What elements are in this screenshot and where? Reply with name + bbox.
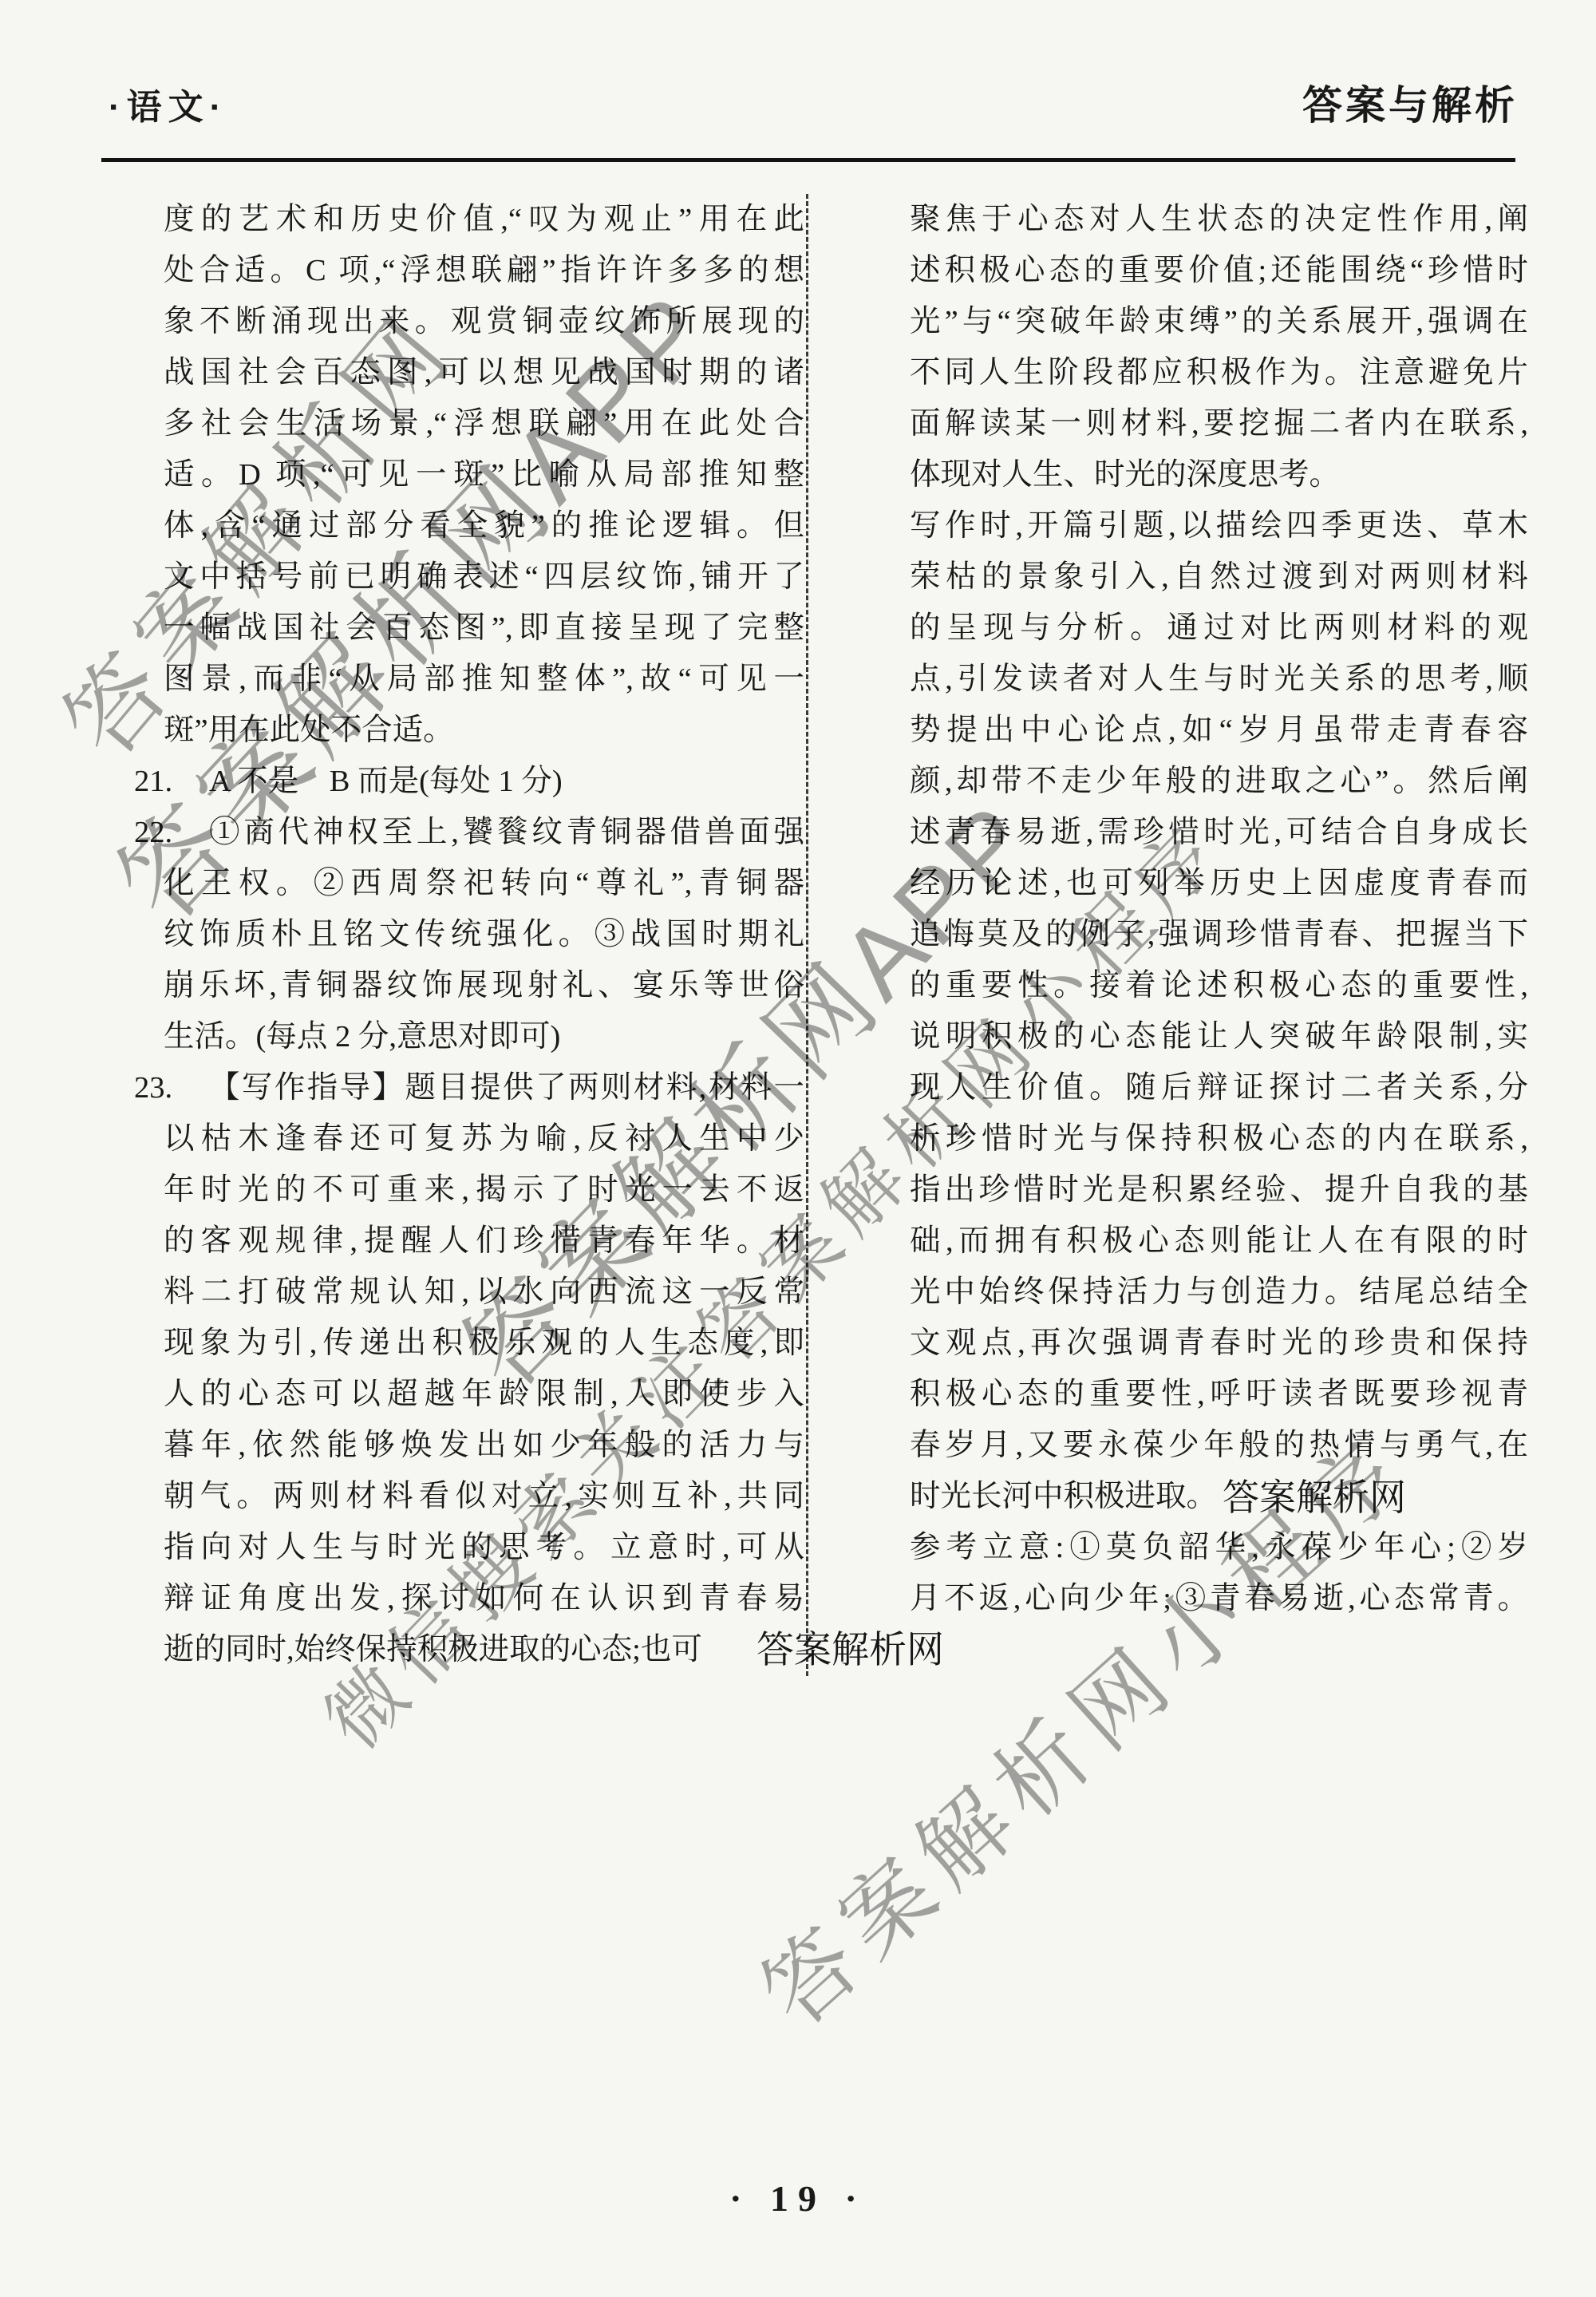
item-text: ①商代神权至上,饕餮纹青铜器借兽面强 — [209, 807, 804, 858]
text-line: 积极心态的重要性,呼吁读者既要珍视青 — [910, 1369, 1528, 1420]
text-line: 人的心态可以超越年龄限制,人即使步入 — [164, 1369, 804, 1420]
text-line: 述积极心态的重要价值;还能围绕“珍惜时 — [910, 245, 1528, 296]
header-rule — [101, 158, 1515, 162]
text-line: 指出珍惜时光是积累经验、提升自我的基 — [910, 1164, 1528, 1216]
watermark-inline: 答案解析网 — [1223, 1469, 1406, 1521]
text-line: 象不断涌现出来。观赏铜壶纹饰所展现的 — [164, 296, 804, 347]
text-line: 析珍惜时光与保持积极心态的内在联系, — [910, 1113, 1528, 1164]
text-line: 体现对人生、时光的深度思考。 — [910, 449, 1528, 500]
item-text: 【写作指导】题目提供了两则材料,材料一 — [209, 1062, 804, 1113]
text-line: 年时光的不可重来,揭示了时光一去不返 — [164, 1164, 804, 1216]
text-line: 的呈现与分析。通过对比两则材料的观 — [910, 603, 1528, 654]
text-line: 春岁月,又要永葆少年般的热情与勇气,在 — [910, 1420, 1528, 1471]
text-line: 指向对人生与时光的思考。立意时,可从 — [164, 1522, 804, 1573]
text-line: 体,含“通过部分看全貌”的推论逻辑。但 — [164, 500, 804, 552]
text-line: 适。D 项,“可见一斑”比喻从局部推知整 — [164, 449, 804, 500]
text-line: 朝气。两则材料看似对立,实则互补,共同 — [164, 1471, 804, 1522]
text-line: 光”与“突破年龄束缚”的关系展开,强调在 — [910, 296, 1528, 347]
text-line: 不同人生阶段都应积极作为。注意避免片 — [910, 347, 1528, 398]
text-line: 势提出中心论点,如“岁月虽带走青春容 — [910, 705, 1528, 756]
scanned-answer-page: ·语文· 答案与解析 度的艺术和历史价值,“叹为观止”用在此处合适。C 项,“浮… — [0, 0, 1596, 2297]
text-line: 多社会生活场景,“浮想联翩”用在此处合 — [164, 398, 804, 449]
column-left: 度的艺术和历史价值,“叹为观止”用在此处合适。C 项,“浮想联翩”指许许多多的想… — [134, 194, 804, 1675]
column-right: 聚焦于心态对人生状态的决定性作用,阐述积极心态的重要价值;还能围绕“珍惜时光”与… — [910, 194, 1528, 1624]
text-line: 崩乐坏,青铜器纹饰展现射礼、宴乐等世俗 — [164, 960, 804, 1011]
text-line: 文观点,再次强调青春时光的珍贵和保持 — [910, 1318, 1528, 1369]
section-title: 答案与解析 — [1302, 73, 1518, 131]
text-line: 的重要性。接着论述积极心态的重要性, — [910, 960, 1528, 1011]
text-line: 点,引发读者对人生与时光关系的思考,顺 — [910, 654, 1528, 705]
text-line: 月不返,心向少年;③青春易逝,心态常青。 — [910, 1573, 1528, 1624]
text-line: 生活。(每点 2 分,意思对即可) — [164, 1011, 804, 1062]
text-line: 面解读某一则材料,要挖掘二者内在联系, — [910, 398, 1528, 449]
text-line: 现象为引,传递出积极乐观的人生态度,即 — [164, 1318, 804, 1369]
text-line: 一幅战国社会百态图”,即直接呈现了完整 — [164, 603, 804, 654]
text-line: 逝的同时,始终保持积极进取的心态;也可 — [164, 1624, 804, 1675]
text-line: 述青春易逝,需珍惜时光,可结合自身成长 — [910, 807, 1528, 858]
text-line: 纹饰质朴且铭文传统强化。③战国时期礼 — [164, 909, 804, 960]
text-line: 斑”用在此处不合适。 — [164, 705, 804, 756]
text-line: 荣枯的景象引入,自然过渡到对两则材料 — [910, 552, 1528, 603]
text-line: 础,而拥有积极心态则能让人在有限的时 — [910, 1216, 1528, 1267]
column-divider — [806, 194, 808, 1676]
text-line: 写作时,开篇引题,以描绘四季更迭、草木 — [910, 500, 1528, 552]
text-line: 处合适。C 项,“浮想联翩”指许许多多的想 — [164, 245, 804, 296]
subject-label: ·语文· — [109, 78, 227, 129]
text-line: 料二打破常规认知,以水向西流这一反常 — [164, 1267, 804, 1318]
text-line: 的客观规律,提醒人们珍惜青春年华。材 — [164, 1216, 804, 1267]
text-line: 化王权。②西周祭祀转向“尊礼”,青铜器 — [164, 858, 804, 909]
text-line: 23.【写作指导】题目提供了两则材料,材料一 — [134, 1062, 804, 1113]
text-line: 光中始终保持活力与创造力。结尾总结全 — [910, 1267, 1528, 1318]
text-line: 22.①商代神权至上,饕餮纹青铜器借兽面强 — [134, 807, 804, 858]
text-line: 图景,而非“从局部推知整体”,故“可见一 — [164, 654, 804, 705]
text-line: 21.A 不是 B 而是(每处 1 分) — [134, 756, 804, 807]
text-line: 说明积极的心态能让人突破年龄限制,实 — [910, 1011, 1528, 1062]
text-line: 现人生价值。随后辩证探讨二者关系,分 — [910, 1062, 1528, 1113]
text-line: 追悔莫及的例子,强调珍惜青春、把握当下 — [910, 909, 1528, 960]
item-number: 21. — [134, 756, 209, 807]
watermark-inline: 答案解析网 — [757, 1620, 944, 1674]
text-line: 度的艺术和历史价值,“叹为观止”用在此 — [164, 194, 804, 245]
text-line: 时光长河中积极进取。 — [910, 1471, 1528, 1522]
text-line: 辩证角度出发,探讨如何在认识到青春易 — [164, 1573, 804, 1624]
text-line: 聚焦于心态对人生状态的决定性作用,阐 — [910, 194, 1528, 245]
text-line: 文中括号前已明确表述“四层纹饰,铺开了 — [164, 552, 804, 603]
text-line: 战国社会百态图,可以想见战国时期的诸 — [164, 347, 804, 398]
page-number: · 19 · — [0, 2177, 1596, 2220]
text-line: 参考立意:①莫负韶华,永葆少年心;②岁 — [910, 1522, 1528, 1573]
text-line: 暮年,依然能够焕发出如少年般的活力与 — [164, 1420, 804, 1471]
item-number: 23. — [134, 1062, 209, 1113]
text-line: 经历论述,也可列举历史上因虚度青春而 — [910, 858, 1528, 909]
text-line: 以枯木逢春还可复苏为喻,反衬人生中少 — [164, 1113, 804, 1164]
item-number: 22. — [134, 807, 209, 858]
text-line: 颜,却带不走少年般的进取之心”。然后阐 — [910, 756, 1528, 807]
item-text: A 不是 B 而是(每处 1 分) — [209, 756, 804, 807]
